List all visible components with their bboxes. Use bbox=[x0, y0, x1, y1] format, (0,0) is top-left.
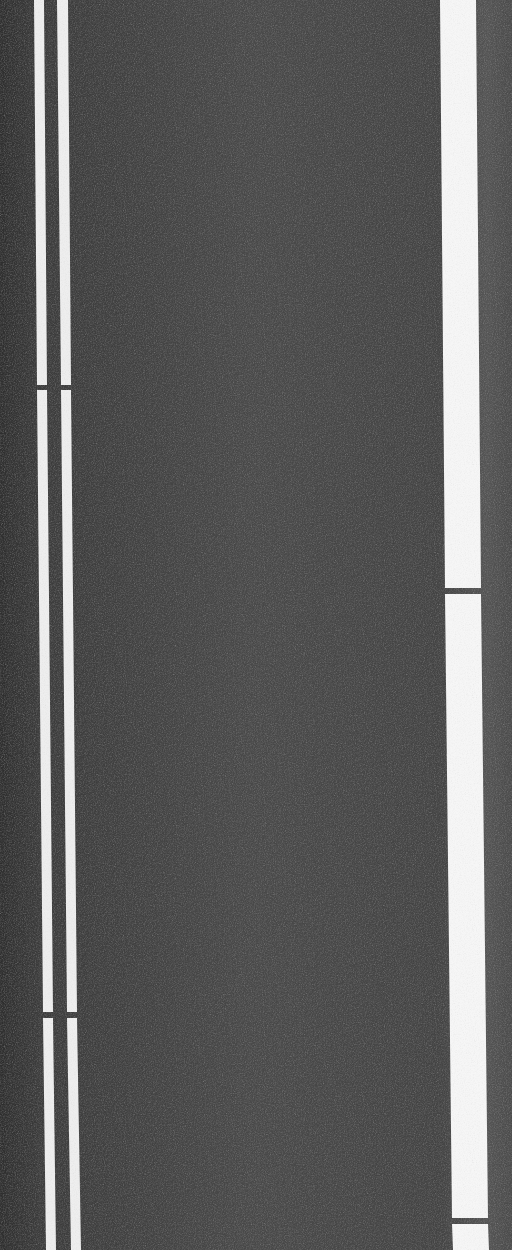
road-aerial-photo bbox=[0, 0, 512, 1250]
